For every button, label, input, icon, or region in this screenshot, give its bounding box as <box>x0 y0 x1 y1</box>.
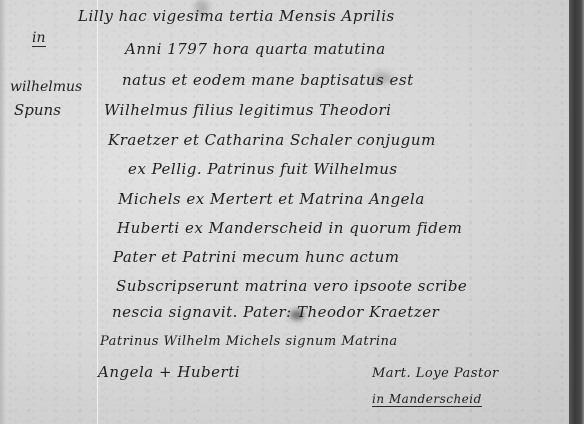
record-line-9: Pater et Patrini mecum hunc actum <box>113 248 400 266</box>
record-line-2: Anni 1797 hora quarta matutina <box>125 40 386 58</box>
scan-binding-edge <box>569 0 584 424</box>
record-line-1: Lilly hac vigesima tertia Mensis Aprilis <box>78 7 395 25</box>
record-line-13: Angela + Huberti <box>98 363 240 381</box>
record-line-3: natus et eodem mane baptisatus est <box>122 71 414 89</box>
paper-texture <box>0 0 584 424</box>
record-line-5: Kraetzer et Catharina Schaler conjugum <box>108 131 436 149</box>
margin-rule-line <box>97 0 98 424</box>
margin-note-name: wilhelmus <box>10 79 82 95</box>
record-line-10: Subscripserunt matrina vero ipsoote scri… <box>116 277 467 295</box>
record-line-8: Huberti ex Manderscheid in quorum fidem <box>117 219 462 237</box>
margin-note-in: in <box>32 30 46 47</box>
page-left-edge <box>0 0 6 424</box>
priest-signature: Mart. Loye Pastor <box>372 366 499 381</box>
margin-note-spuns: Spuns <box>14 101 61 119</box>
record-line-4: Wilhelmus filius legitimus Theodori <box>104 101 391 119</box>
document-scan: in wilhelmus Spuns Lilly hac vigesima te… <box>0 0 584 424</box>
record-line-7: Michels ex Mertert et Matrina Angela <box>118 190 425 208</box>
record-line-11: nescia signavit. Pater: Theodor Kraetzer <box>112 303 439 321</box>
priest-location: in Manderscheid <box>372 392 482 407</box>
record-line-6: ex Pellig. Patrinus fuit Wilhelmus <box>128 160 398 178</box>
record-line-12: Patrinus Wilhelm Michels signum Matrina <box>100 334 398 349</box>
